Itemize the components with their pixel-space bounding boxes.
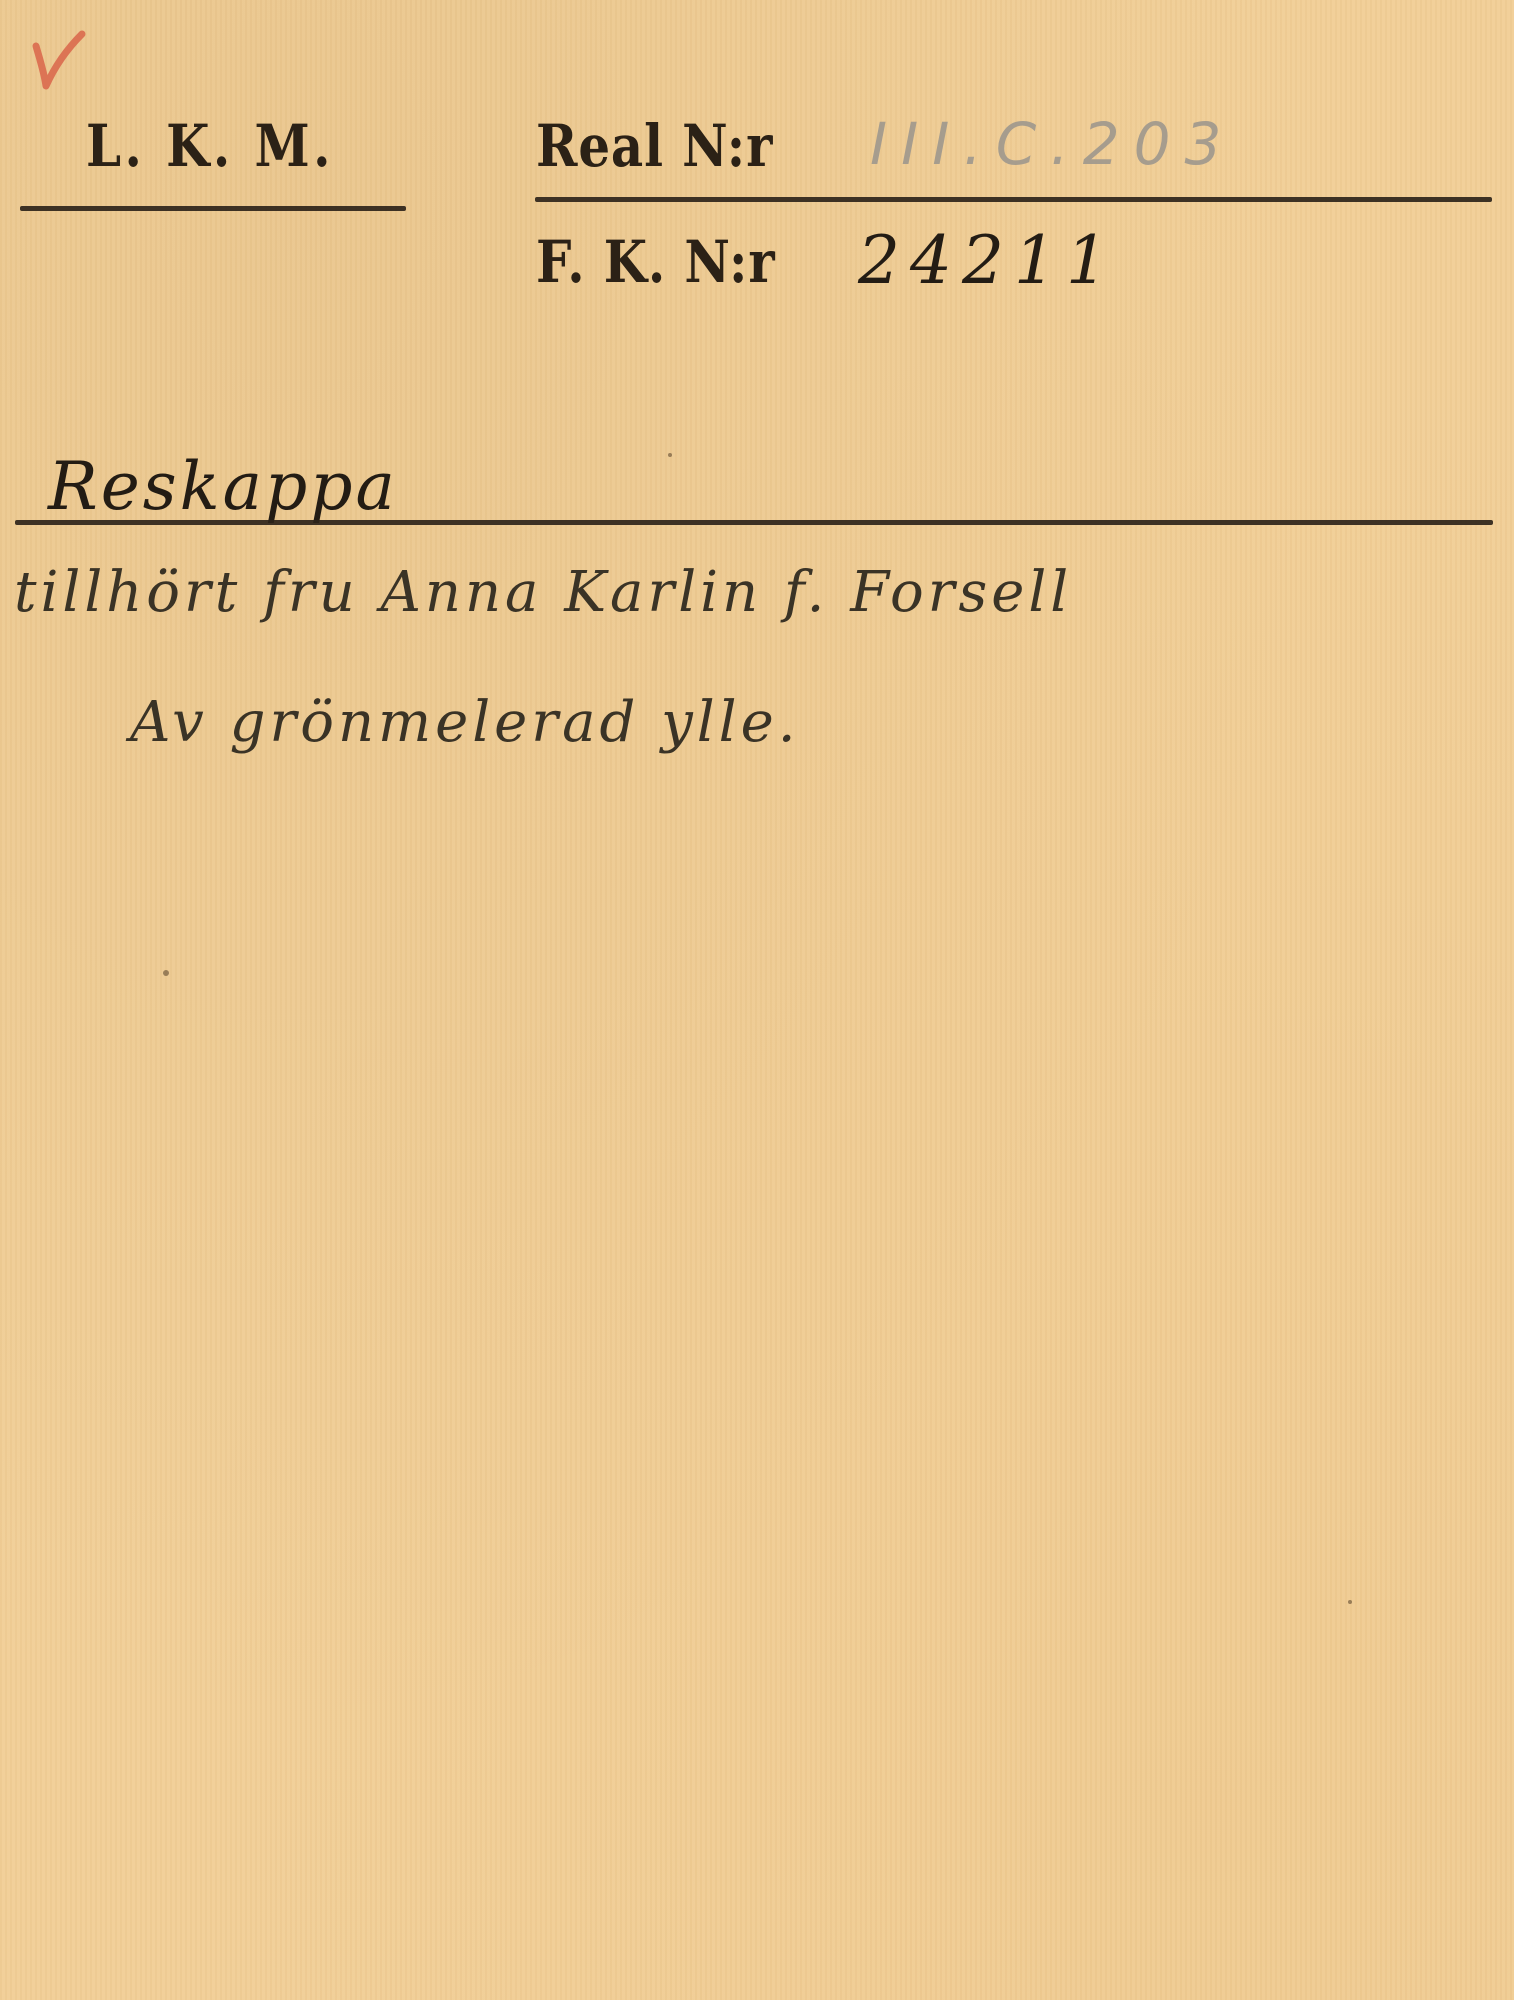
fk-nr-value: 24211	[858, 222, 1118, 299]
object-title: Reskappa	[48, 448, 398, 525]
description-line-1: tillhört fru Anna Karlin f. Forsell	[14, 560, 1072, 625]
check-mark-icon	[30, 28, 90, 98]
description-line-2: Av grönmelerad ylle.	[130, 690, 800, 755]
museum-label-underline	[20, 206, 406, 211]
paper-speck	[1348, 1600, 1352, 1604]
museum-label: L. K. M.	[86, 112, 334, 180]
title-underline	[15, 520, 1493, 525]
fk-nr-label: F. K. N:r	[536, 228, 775, 296]
real-nr-underline	[535, 197, 1492, 202]
paper-speck	[163, 970, 169, 976]
real-nr-value: III.C.203	[870, 110, 1235, 178]
paper-speck	[668, 453, 672, 457]
real-nr-label: Real N:r	[536, 112, 773, 180]
